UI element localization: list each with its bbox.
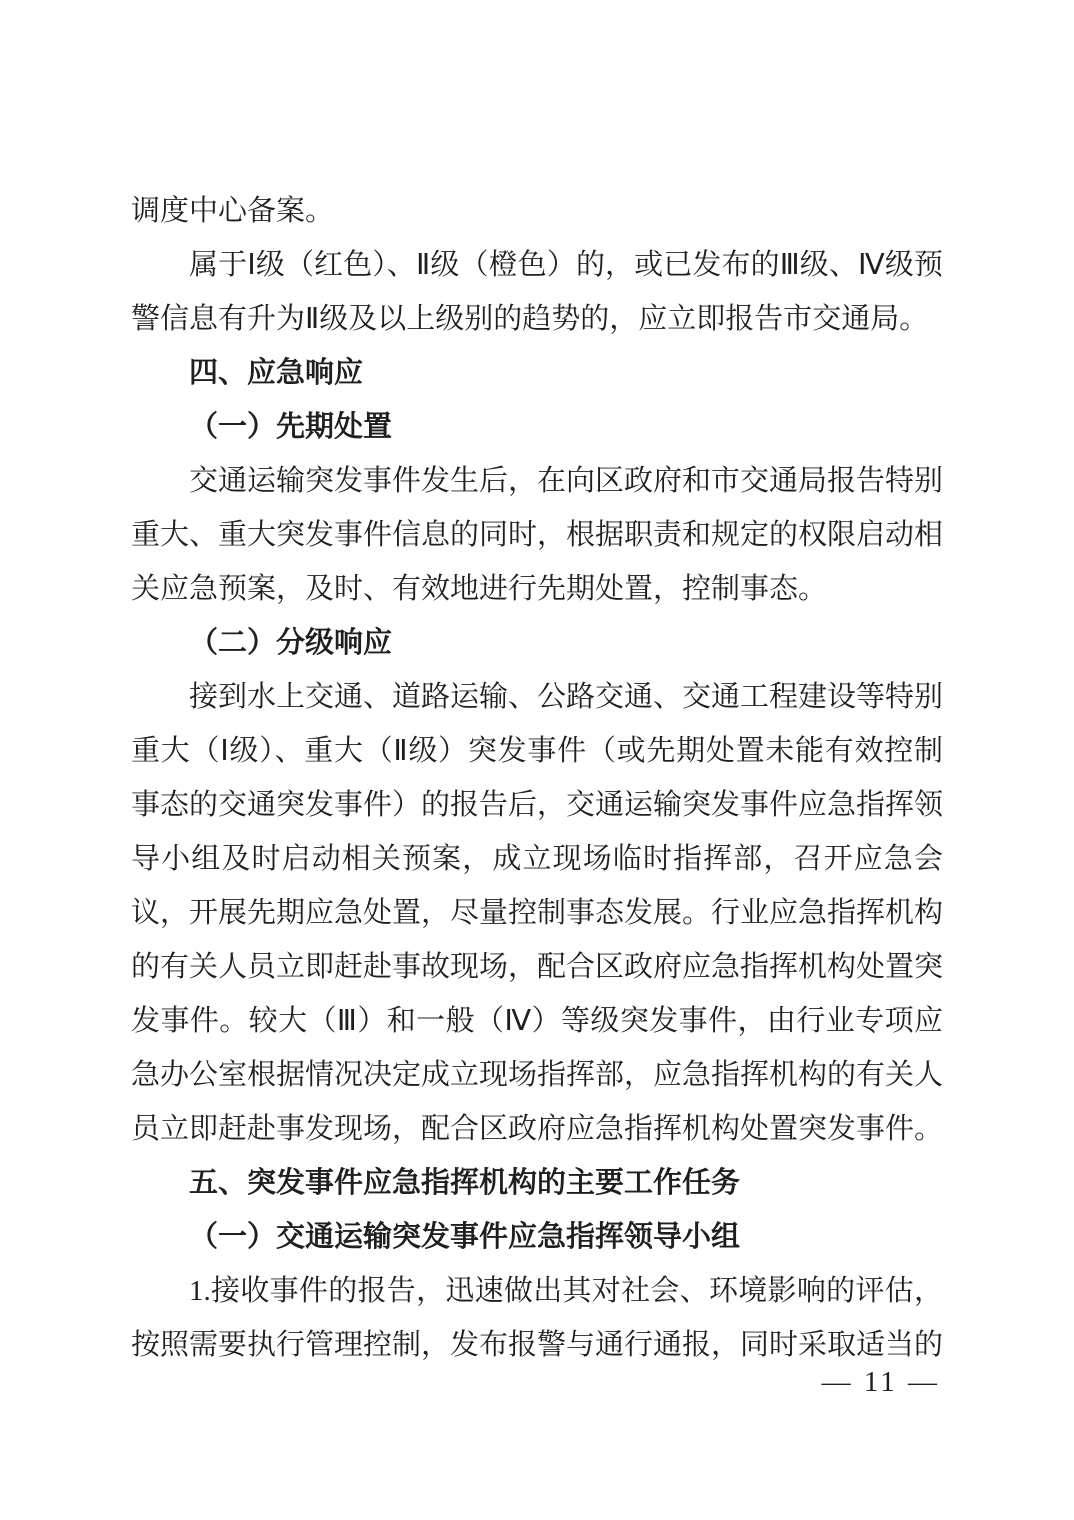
page-number: — 11 —	[822, 1362, 940, 1402]
section-heading: 五、突发事件应急指挥机构的主要工作任务	[131, 1156, 943, 1210]
section-heading: （二）分级响应	[131, 616, 943, 670]
paragraph: 接到水上交通、道路运输、公路交通、交通工程建设等特别重大（Ⅰ级）、重大（Ⅱ级）突…	[131, 670, 943, 1156]
paragraph: 属于Ⅰ级（红色）、Ⅱ级（橙色）的，或已发布的Ⅲ级、Ⅳ级预警信息有升为Ⅱ级及以上级…	[131, 238, 943, 346]
document-page: 调度中心备案。属于Ⅰ级（红色）、Ⅱ级（橙色）的，或已发布的Ⅲ级、Ⅳ级预警信息有升…	[0, 0, 1074, 1520]
section-heading: 四、应急响应	[131, 346, 943, 400]
paragraph: 交通运输突发事件发生后，在向区政府和市交通局报告特别重大、重大突发事件信息的同时…	[131, 454, 943, 616]
document-body: 调度中心备案。属于Ⅰ级（红色）、Ⅱ级（橙色）的，或已发布的Ⅲ级、Ⅳ级预警信息有升…	[131, 184, 943, 1372]
section-heading: （一）交通运输突发事件应急指挥领导小组	[131, 1210, 943, 1264]
paragraph: 调度中心备案。	[131, 184, 943, 238]
section-heading: （一）先期处置	[131, 400, 943, 454]
paragraph: 1.接收事件的报告，迅速做出其对社会、环境影响的评估，按照需要执行管理控制，发布…	[131, 1264, 943, 1372]
